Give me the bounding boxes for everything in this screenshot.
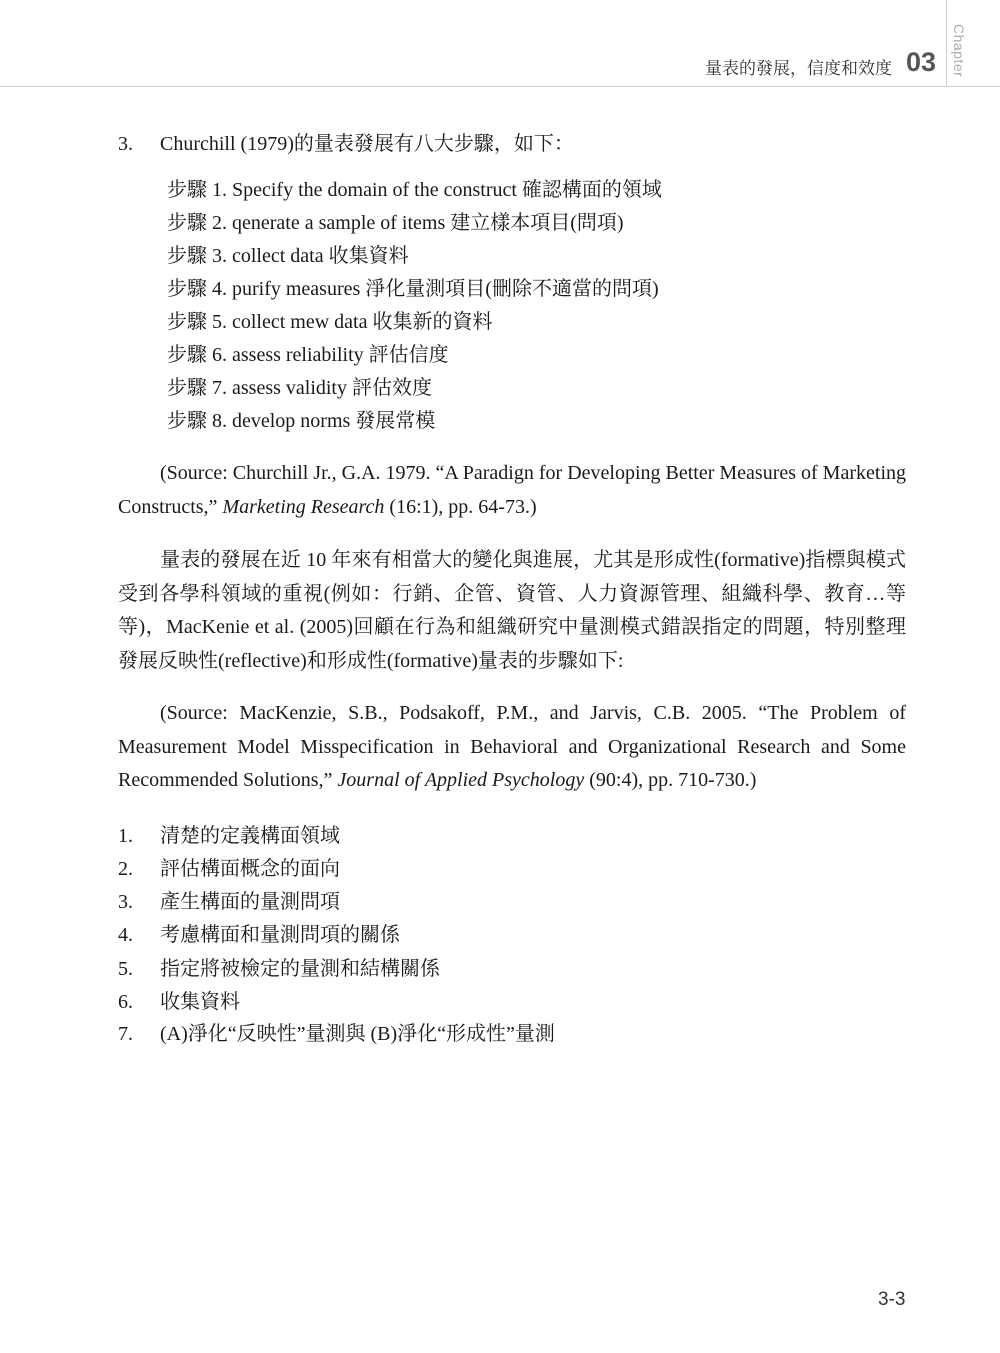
chapter-label: Chapter <box>951 24 967 77</box>
churchill-step: 步驟 4. purify measures 淨化量測項目(刪除不適當的問項) <box>167 276 659 302</box>
churchill-step: 步驟 6. assess reliability 評估信度 <box>167 342 449 368</box>
churchill-step: 步驟 2. qenerate a sample of items 建立樣本項目(… <box>167 210 624 236</box>
churchill-step: 步驟 3. collect data 收集資料 <box>167 243 409 269</box>
source-citation-mackenzie: (Source: MacKenzie, S.B., Podsakoff, P.M… <box>118 697 906 798</box>
chapter-number: 03 <box>906 47 936 78</box>
source-citation-churchill: (Source: Churchill Jr., G.A. 1979. “A Pa… <box>118 457 906 524</box>
churchill-step: 步驟 8. develop norms 發展常模 <box>167 408 435 434</box>
chapter-divider <box>946 0 947 86</box>
section-intro: Churchill (1979)的量表發展有八大步驟，如下： <box>160 131 574 157</box>
page-number: 3-3 <box>878 1289 905 1311</box>
churchill-step: 步驟 5. collect mew data 收集新的資料 <box>167 309 493 335</box>
page-header: 量表的發展，信度和效度 03 Chapter <box>0 0 1000 87</box>
body-paragraph: 量表的發展在近 10 年來有相當大的變化與進展，尤其是形成性(formative… <box>118 544 906 678</box>
running-head-title: 量表的發展，信度和效度 <box>705 54 892 79</box>
list-number: 3. <box>118 131 133 157</box>
churchill-step: 步驟 7. assess validity 評估效度 <box>167 375 432 401</box>
journal-title: Journal of Applied Psychology <box>337 769 584 791</box>
journal-title: Marketing Research <box>222 496 384 518</box>
churchill-step: 步驟 1. Specify the domain of the construc… <box>167 177 662 203</box>
